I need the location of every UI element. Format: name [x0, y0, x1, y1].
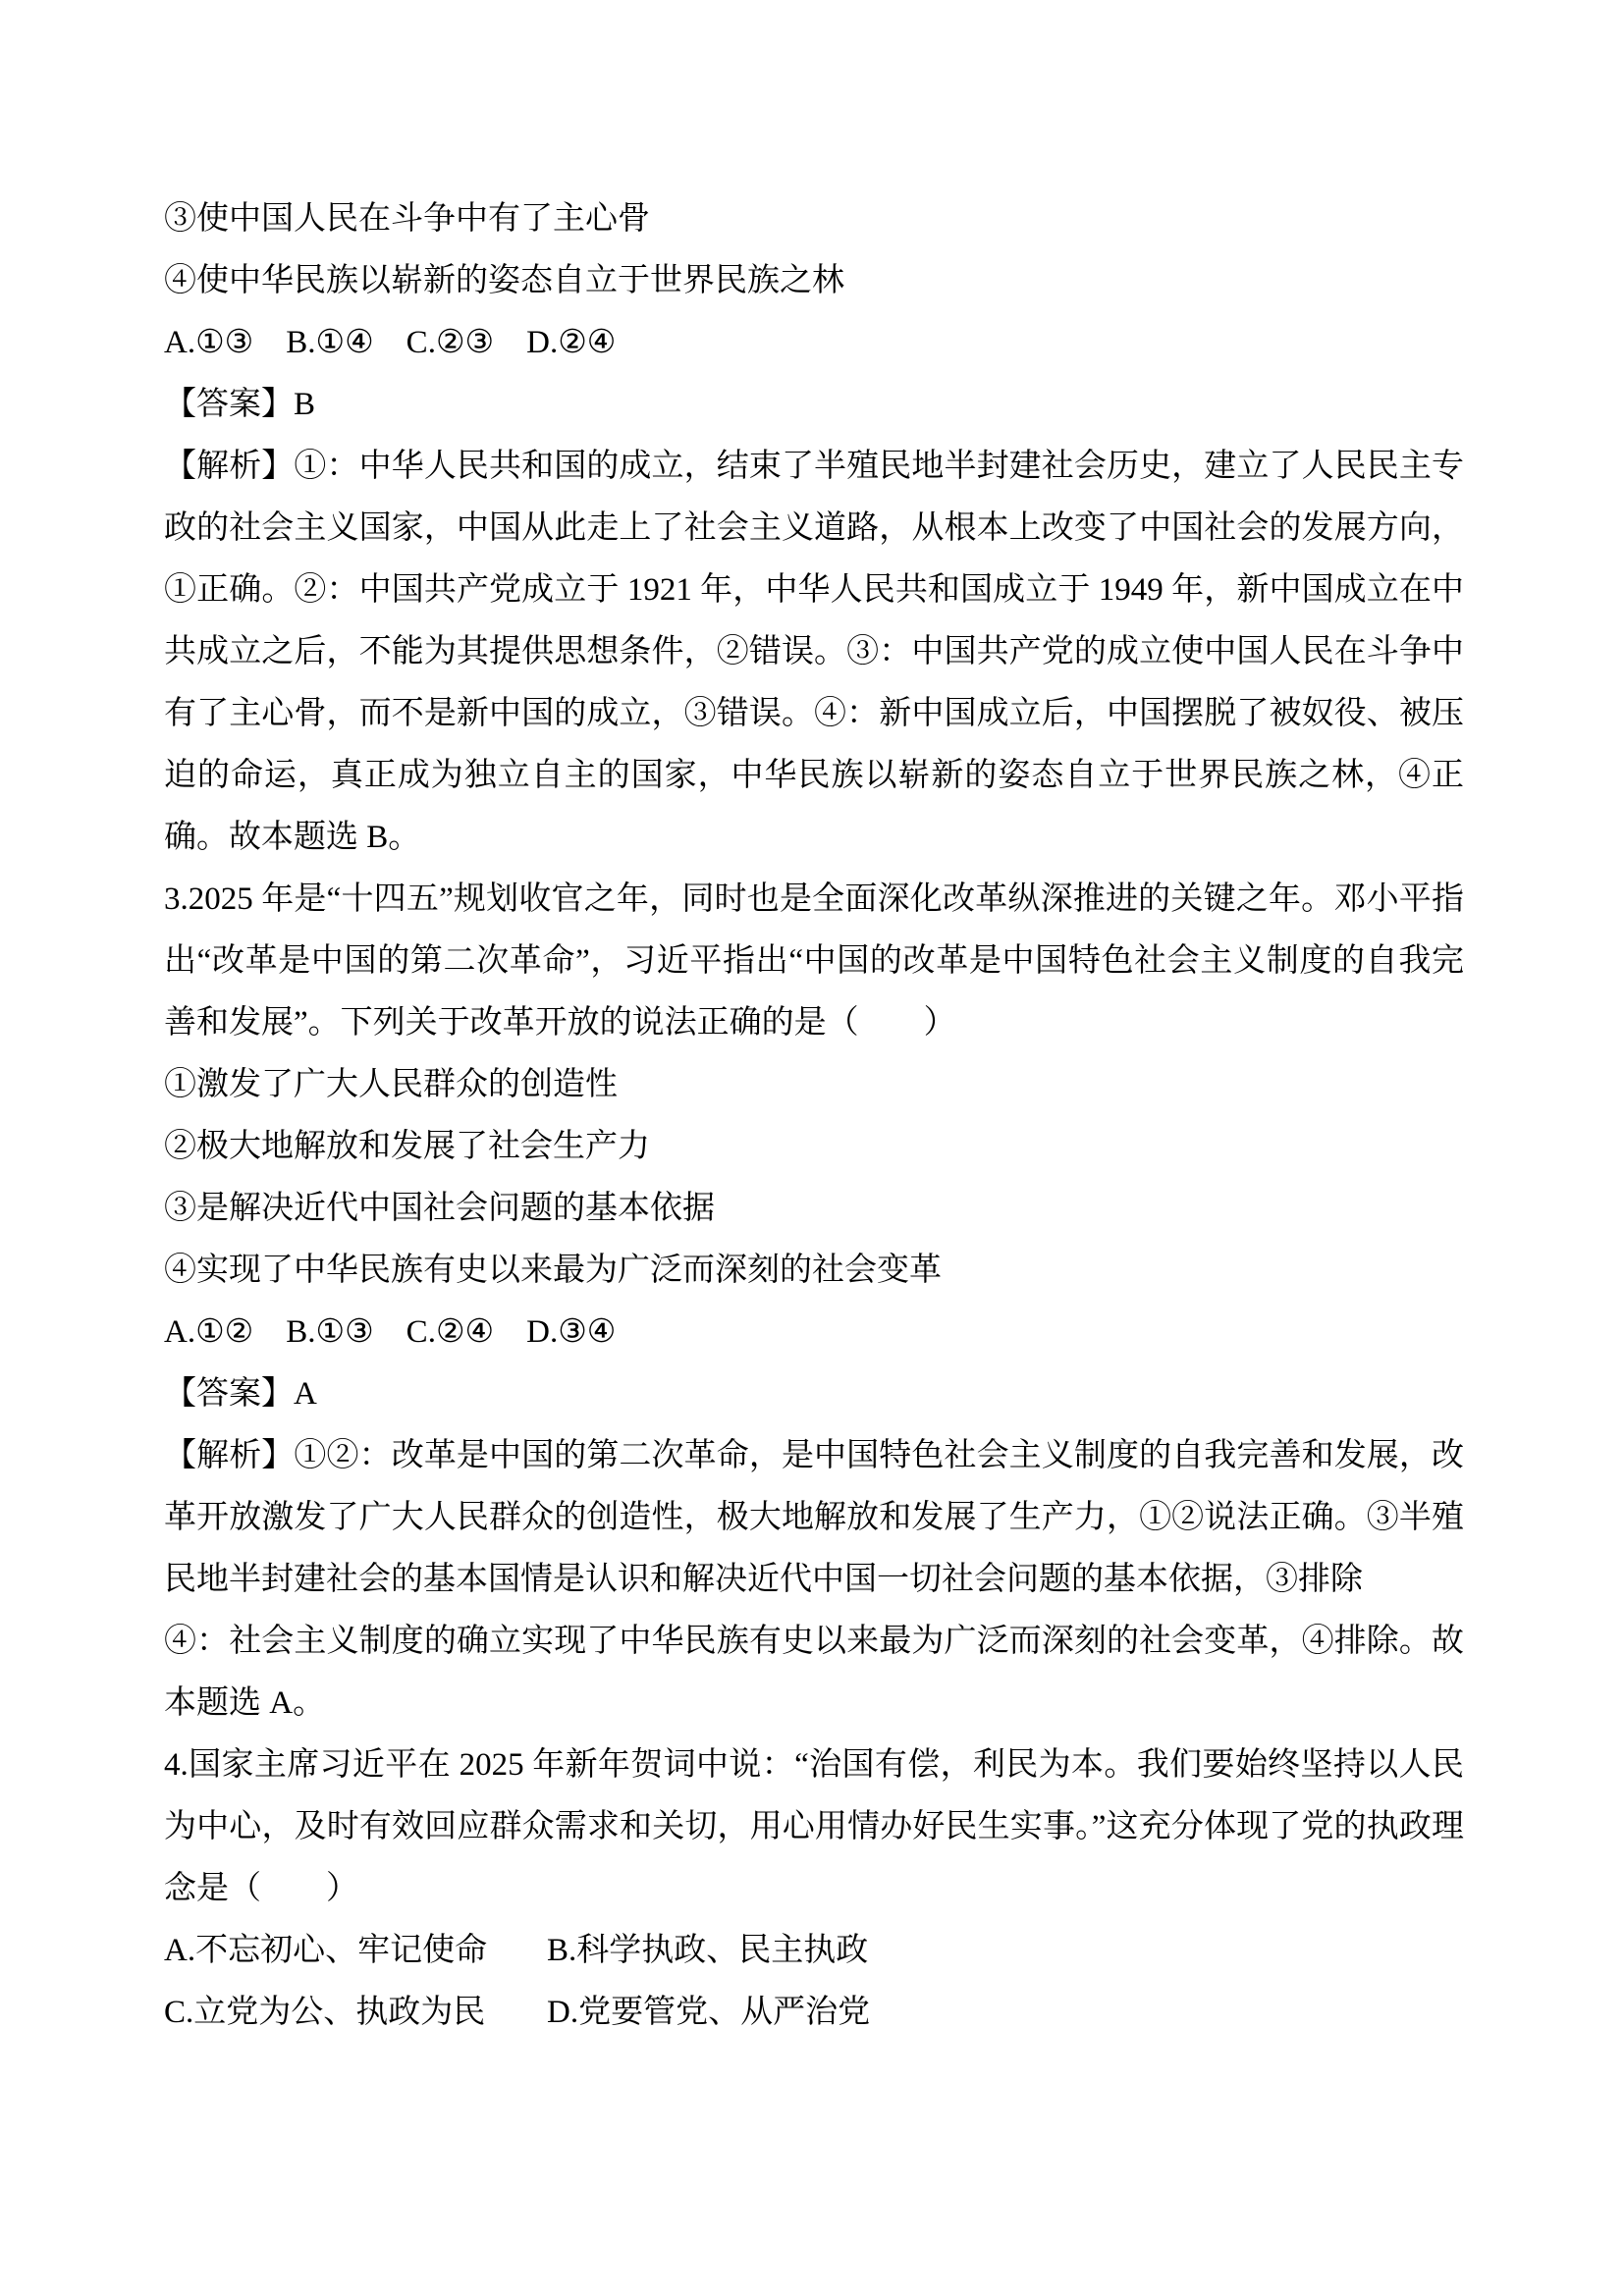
question-4-option-d: D.党要管党、从严治党 — [547, 1982, 870, 2044]
question-3-analysis-part-1: 【解析】①②：改革是中国的第二次革命，是中国特色社会主义制度的自我完善和发展，改… — [164, 1425, 1464, 1611]
question-3-item-3: ③是解决近代中国社会问题的基本依据 — [164, 1178, 1464, 1240]
question-4-stem: 4.国家主席习近平在 2025 年新年贺词中说：“治国有偿，利民为本。我们要始终… — [164, 1735, 1464, 1920]
question-3-analysis-part-2: ④：社会主义制度的确立实现了中华民族有史以来最为广泛而深刻的社会变革，④排除。故… — [164, 1611, 1464, 1735]
question-3-answer: 【答案】A — [164, 1363, 1464, 1425]
question-3-item-2: ②极大地解放和发展了社会生产力 — [164, 1116, 1464, 1178]
question-4-options-row-cd: C.立党为公、执政为民 D.党要管党、从严治党 — [164, 1982, 1464, 2044]
question-2-item-4: ④使中华民族以崭新的姿态自立于世界民族之林 — [164, 250, 1464, 312]
question-2-analysis: 【解析】①：中华人民共和国的成立，结束了半殖民地半封建社会历史，建立了人民民主专… — [164, 436, 1464, 869]
question-4-option-b: B.科学执政、民主执政 — [547, 1920, 868, 1982]
question-4-option-a: A.不忘初心、牢记使命 — [164, 1920, 547, 1982]
question-4-options-row-ab: A.不忘初心、牢记使命 B.科学执政、民主执政 — [164, 1920, 1464, 1982]
question-2-answer: 【答案】B — [164, 374, 1464, 436]
question-4-option-c: C.立党为公、执政为民 — [164, 1982, 547, 2044]
question-3-item-4: ④实现了中华民族有史以来最为广泛而深刻的社会变革 — [164, 1240, 1464, 1302]
exam-document-page: ③使中国人民在斗争中有了主心骨 ④使中华民族以崭新的姿态自立于世界民族之林 A.… — [0, 0, 1624, 2296]
question-3-options: A.①② B.①③ C.②④ D.③④ — [164, 1302, 1464, 1363]
question-3-stem: 3.2025 年是“十四五”规划收官之年，同时也是全面深化改革纵深推进的关键之年… — [164, 869, 1464, 1054]
question-2-options: A.①③ B.①④ C.②③ D.②④ — [164, 312, 1464, 374]
question-2-item-3: ③使中国人民在斗争中有了主心骨 — [164, 188, 1464, 250]
question-3-item-1: ①激发了广大人民群众的创造性 — [164, 1054, 1464, 1116]
document-content: ③使中国人民在斗争中有了主心骨 ④使中华民族以崭新的姿态自立于世界民族之林 A.… — [164, 188, 1464, 2044]
